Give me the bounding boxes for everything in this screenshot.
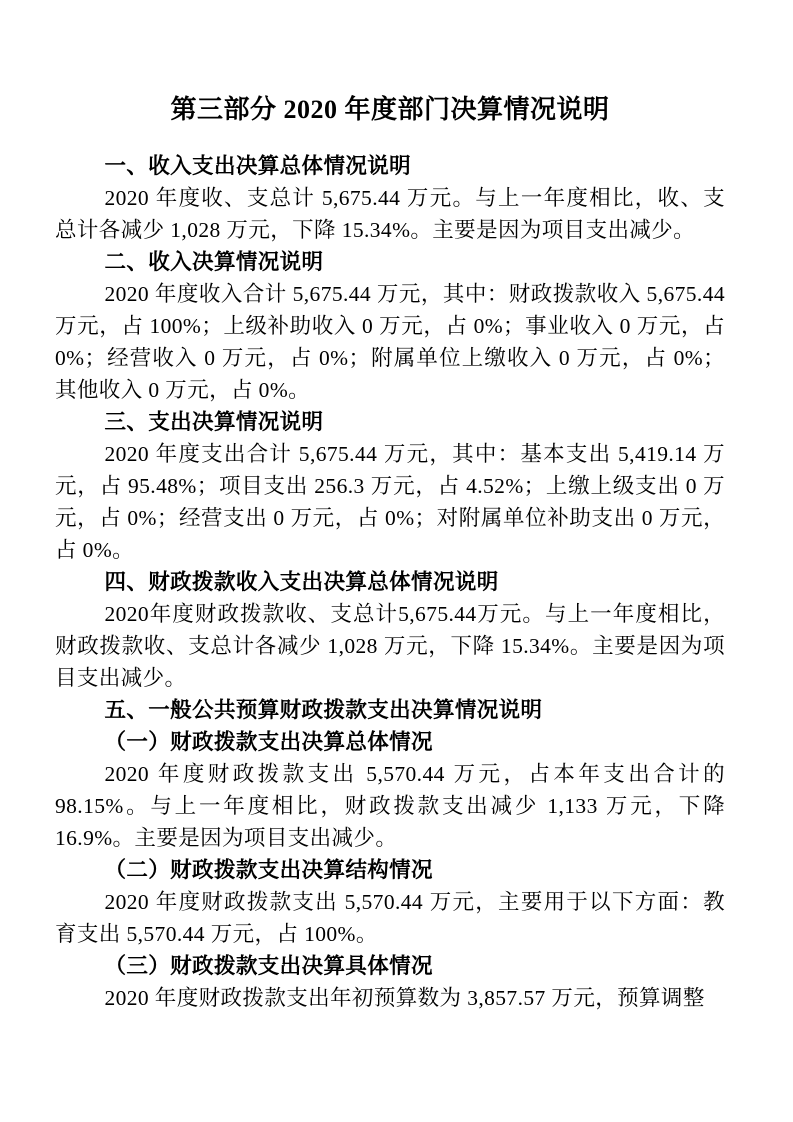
section-heading-2: 二、收入决算情况说明 — [55, 246, 725, 278]
sub-heading-5-1: （一）财政拨款支出决算总体情况 — [55, 726, 725, 758]
document-page: 第三部分 2020 年度部门决算情况说明 一、收入支出决算总体情况说明 2020… — [0, 0, 793, 1122]
document-body: 一、收入支出决算总体情况说明 2020 年度收、支总计 5,675.44 万元。… — [55, 150, 725, 1014]
section-heading-1: 一、收入支出决算总体情况说明 — [55, 150, 725, 182]
section-heading-5: 五、一般公共预算财政拨款支出决算情况说明 — [55, 694, 725, 726]
paragraph-overall-income-expenditure: 2020 年度收、支总计 5,675.44 万元。与上一年度相比，收、支总计各减… — [55, 182, 725, 246]
paragraph-fiscal-appropriation-overall: 2020年度财政拨款收、支总计5,675.44万元。与上一年度相比，财政拨款收、… — [55, 598, 725, 694]
section-heading-4: 四、财政拨款收入支出决算总体情况说明 — [55, 566, 725, 598]
paragraph-expenditure-details: 2020 年度支出合计 5,675.44 万元，其中：基本支出 5,419.14… — [55, 438, 725, 566]
paragraph-income-details: 2020 年度收入合计 5,675.44 万元，其中：财政拨款收入 5,675.… — [55, 278, 725, 406]
paragraph-appropriation-expenditure-overall: 2020 年度财政拨款支出 5,570.44 万元，占本年支出合计的 98.15… — [55, 758, 725, 854]
sub-heading-5-3: （三）财政拨款支出决算具体情况 — [55, 950, 725, 982]
paragraph-appropriation-expenditure-structure: 2020 年度财政拨款支出 5,570.44 万元，主要用于以下方面：教育支出 … — [55, 886, 725, 950]
sub-heading-5-2: （二）财政拨款支出决算结构情况 — [55, 854, 725, 886]
paragraph-appropriation-expenditure-specific: 2020 年度财政拨款支出年初预算数为 3,857.57 万元，预算调整 — [55, 982, 725, 1014]
section-heading-3: 三、支出决算情况说明 — [55, 406, 725, 438]
page-title: 第三部分 2020 年度部门决算情况说明 — [55, 92, 725, 128]
